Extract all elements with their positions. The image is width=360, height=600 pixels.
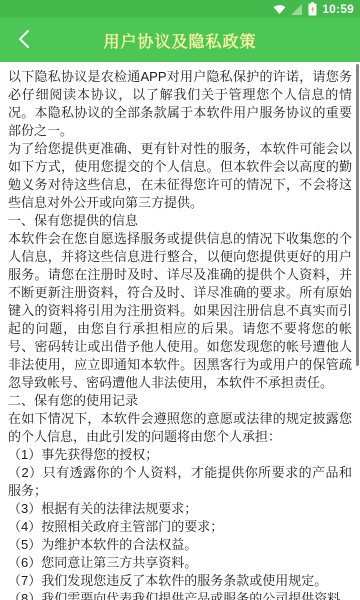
app-screen: 10:59 用户协议及隐私政策 以下隐私协议是农检通APP对用户隐私保护的许诺，… (0, 0, 360, 600)
policy-list-item: （8）我们需要向代表我们提供产品或服务的公司提供资料 (8, 590, 352, 600)
battery-charging-icon (308, 2, 317, 16)
back-button[interactable] (6, 18, 42, 62)
policy-content[interactable]: 以下隐私协议是农检通APP对用户隐私保护的许诺，请您务必仔细阅读本协议，以了解我… (0, 62, 360, 600)
policy-list-item: （5）为维护本软件的合法权益。 (8, 536, 352, 554)
wifi-icon (273, 4, 286, 15)
policy-list-item: （7）我们发现您违反了本软件的服务条款或使用规定。 (8, 572, 352, 590)
policy-list-item: （4）按照相关政府主管部门的要求； (8, 518, 352, 536)
page-title: 用户协议及隐私政策 (103, 29, 256, 52)
section-heading: 二、保有您的使用记录 (8, 392, 352, 410)
scrollbar-thumb[interactable] (356, 64, 359, 366)
chevron-left-icon (18, 29, 30, 52)
policy-paragraph: 本软件会在您自愿选择服务或提供信息的情况下收集您的个人信息，并将这些信息进行整合… (8, 230, 352, 392)
policy-paragraph: 在如下情况下，本软件会遵照您的意愿或法律的规定披露您的个人信息，由此引发的问题将… (8, 410, 352, 446)
policy-list-item: （1）事先获得您的授权； (8, 446, 352, 464)
app-header: 用户协议及隐私政策 (0, 18, 360, 62)
status-bar: 10:59 (0, 0, 360, 18)
policy-list-item: （6）您同意让第三方共享资料。 (8, 554, 352, 572)
policy-paragraph: 为了给您提供更准确、更有针对性的服务，本软件可能会以如下方式，使用您提交的个人信… (8, 140, 352, 212)
policy-paragraph: 以下隐私协议是农检通APP对用户隐私保护的许诺，请您务必仔细阅读本协议，以了解我… (8, 68, 352, 140)
status-time: 10:59 (322, 0, 354, 18)
policy-list-item: （3）根据有关的法律法规要求； (8, 500, 352, 518)
policy-list-item: （2）只有透露你的个人资料，才能提供你所要求的产品和服务； (8, 464, 352, 500)
signal-off-icon (291, 4, 303, 15)
section-heading: 一、保有您提供的信息 (8, 212, 352, 230)
